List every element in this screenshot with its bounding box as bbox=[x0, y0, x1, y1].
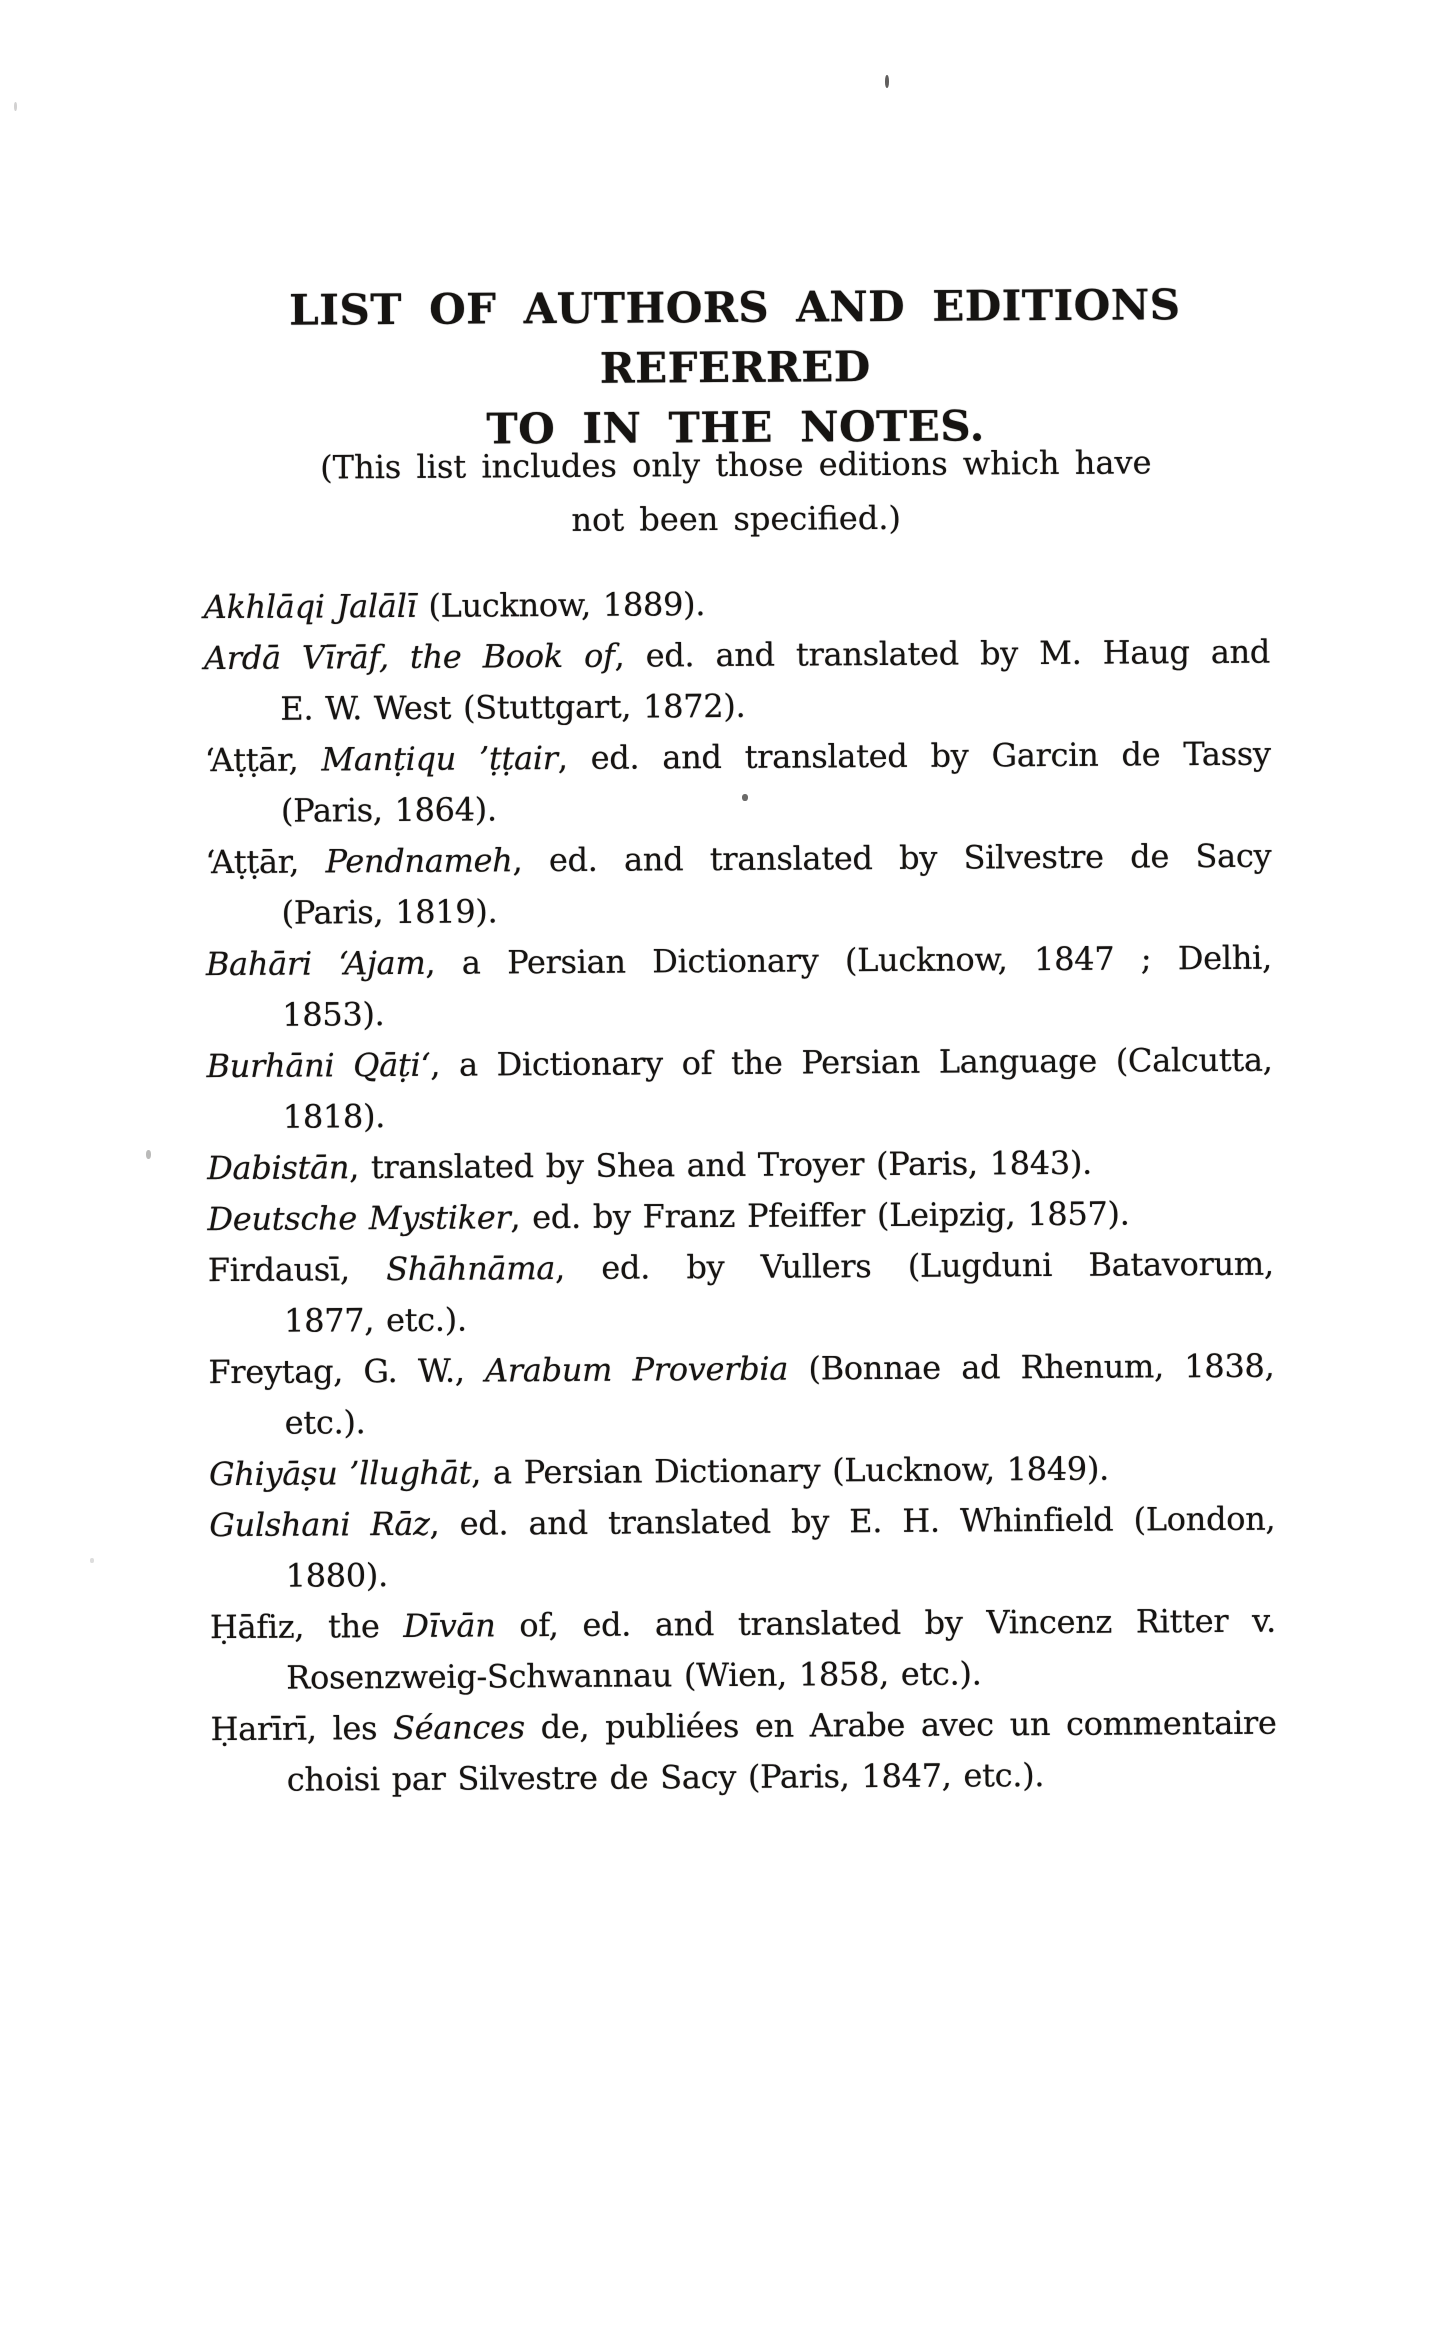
scan-speck bbox=[14, 102, 17, 111]
entry-text: de, publiées en Arabe avec un commentair… bbox=[525, 1704, 1277, 1747]
entry-line: Ghiyāṣu ’llughāt, a Persian Dictionary (… bbox=[209, 1443, 1275, 1501]
page-title: LIST OF AUTHORS AND EDITIONS REFERRED TO… bbox=[202, 275, 1269, 462]
subtitle-line-1: (This list includes only those editions … bbox=[203, 435, 1269, 496]
entry-text: 1853). bbox=[282, 995, 385, 1034]
bibliography-list: Akhlāqi Jalālī (Lucknow, 1889).Ardā Vīrā… bbox=[204, 576, 1277, 1806]
entry-line: Deutsche Mystiker, ed. by Franz Pfeiffer… bbox=[207, 1188, 1273, 1246]
entry-line: 1880). bbox=[209, 1545, 1275, 1603]
entry-text: , a Dictionary of the Persian Language (… bbox=[430, 1041, 1272, 1084]
entry-text: , ed. and translated by E. H. Whinfield … bbox=[429, 1500, 1275, 1543]
entry-line: Firdausī, Shāhnāma, ed. by Vullers (Lugd… bbox=[208, 1239, 1274, 1297]
entry-line: Burhāni Qāṭi‘, a Dictionary of the Persi… bbox=[206, 1035, 1272, 1093]
entry-text: ‘Aṭṭār, bbox=[205, 740, 322, 779]
entry-text: , translated by Shea and Troyer (Paris, … bbox=[349, 1144, 1092, 1187]
page: LIST OF AUTHORS AND EDITIONS REFERRED TO… bbox=[0, 0, 1445, 2337]
entry-text: (Paris, 1819). bbox=[281, 892, 497, 931]
entry-text: 1877, etc.). bbox=[284, 1301, 467, 1340]
subtitle-note: (This list includes only those editions … bbox=[203, 435, 1270, 550]
entry-line: Bahāri ‘Ajam, a Persian Dictionary (Luck… bbox=[206, 933, 1272, 991]
entry-text: Ḥāfiz, the bbox=[210, 1607, 404, 1646]
entry-text: , a Persian Dictionary (Lucknow, 1847 ; … bbox=[425, 939, 1272, 982]
entry-line: Freytag, G. W., Arabum Proverbia (Bonnae… bbox=[208, 1341, 1274, 1399]
entry-text: , ed. by Vullers (Lugduni Batavorum, bbox=[555, 1245, 1274, 1287]
scanned-sheet: LIST OF AUTHORS AND EDITIONS REFERRED TO… bbox=[0, 0, 1445, 2337]
entry-text: of, ed. and translated by Vincenz Ritter… bbox=[495, 1602, 1276, 1645]
work-title: Akhlāqi Jalālī bbox=[204, 587, 417, 626]
work-title: Manṭiqu ’ṭṭair bbox=[321, 739, 558, 778]
entry-line: (Paris, 1819). bbox=[205, 882, 1271, 940]
entry-line: etc.). bbox=[209, 1392, 1275, 1450]
entry-line: Gulshani Rāz, ed. and translated by E. H… bbox=[209, 1494, 1275, 1552]
work-title: Gulshani Rāz bbox=[209, 1505, 430, 1544]
scan-speck bbox=[90, 1558, 94, 1563]
work-title: Séances bbox=[393, 1708, 525, 1747]
entry-line: (Paris, 1864). bbox=[205, 780, 1271, 838]
work-title: Ardā Vīrāf, the Book of bbox=[204, 637, 615, 678]
entry-text: (Lucknow, 1889). bbox=[416, 585, 705, 625]
scan-speck bbox=[885, 75, 889, 88]
entry-line: 1853). bbox=[206, 984, 1272, 1042]
entry-text: E. W. West (Stuttgart, 1872). bbox=[280, 687, 745, 728]
entry-text: Freytag, G. W., bbox=[208, 1351, 485, 1391]
entry-line: 1877, etc.). bbox=[208, 1290, 1274, 1348]
work-title: Arabum Proverbia bbox=[485, 1350, 788, 1390]
entry-text: etc.). bbox=[285, 1403, 366, 1441]
entry-line: 1818). bbox=[207, 1086, 1273, 1144]
entry-line: Dabistān, translated by Shea and Troyer … bbox=[207, 1137, 1273, 1195]
work-title: Shāhnāma bbox=[386, 1249, 555, 1288]
entry-text: choisi par Silvestre de Sacy (Paris, 184… bbox=[287, 1756, 1045, 1799]
entry-line: Ḥarīrī, les Séances de, publiées en Arab… bbox=[210, 1698, 1276, 1756]
entry-text: , ed. and translated by M. Haug and bbox=[614, 633, 1270, 675]
work-title: Burhāni Qāṭi‘ bbox=[206, 1046, 430, 1085]
work-title: Dabistān bbox=[207, 1148, 349, 1187]
entry-line: Rosenzweig-Schwannau (Wien, 1858, etc.). bbox=[210, 1647, 1276, 1705]
entry-text: Rosenzweig-Schwannau (Wien, 1858, etc.). bbox=[286, 1654, 982, 1696]
work-title: Ghiyāṣu ’llughāt bbox=[209, 1454, 471, 1494]
entry-line: choisi par Silvestre de Sacy (Paris, 184… bbox=[211, 1749, 1277, 1807]
scan-speck bbox=[146, 1150, 151, 1159]
entry-text: 1880). bbox=[286, 1556, 389, 1595]
entry-text: Ḥarīrī, les bbox=[210, 1709, 393, 1748]
entry-text: , a Persian Dictionary (Lucknow, 1849). bbox=[471, 1450, 1109, 1492]
work-title: Bahāri ‘Ajam bbox=[206, 944, 426, 983]
entry-line: Ardā Vīrāf, the Book of, ed. and transla… bbox=[204, 627, 1270, 685]
work-title: Deutsche Mystiker bbox=[207, 1198, 510, 1238]
scan-speck bbox=[742, 794, 748, 801]
entry-text: 1818). bbox=[283, 1097, 386, 1136]
subtitle-line-2: not been specified.) bbox=[203, 489, 1269, 550]
entry-text: , ed. by Franz Pfeiffer (Leipzig, 1857). bbox=[510, 1195, 1129, 1237]
entry-line: ‘Aṭṭār, Manṭiqu ’ṭṭair, ed. and translat… bbox=[204, 729, 1270, 787]
entry-line: Ḥāfiz, the Dīvān of, ed. and translated … bbox=[210, 1596, 1276, 1654]
entry-line: E. W. West (Stuttgart, 1872). bbox=[204, 678, 1270, 736]
entry-text: ‘Aṭṭār, bbox=[205, 842, 326, 881]
entry-line: ‘Aṭṭār, Pendnameh, ed. and translated by… bbox=[205, 831, 1271, 889]
entry-text: , ed. and translated by Garcin de Tassy bbox=[558, 735, 1271, 777]
page-title-line-1: LIST OF AUTHORS AND EDITIONS REFERRED bbox=[202, 275, 1269, 402]
work-title: Dīvān bbox=[403, 1606, 495, 1645]
entry-line: Akhlāqi Jalālī (Lucknow, 1889). bbox=[204, 576, 1270, 634]
entry-text: , ed. and translated by Silvestre de Sac… bbox=[512, 837, 1271, 880]
work-title: Pendnameh bbox=[325, 841, 512, 880]
entry-text: Firdausī, bbox=[208, 1250, 387, 1289]
entry-text: (Bonnae ad Rhenum, 1838, bbox=[788, 1347, 1275, 1388]
entry-text: (Paris, 1864). bbox=[281, 790, 497, 829]
